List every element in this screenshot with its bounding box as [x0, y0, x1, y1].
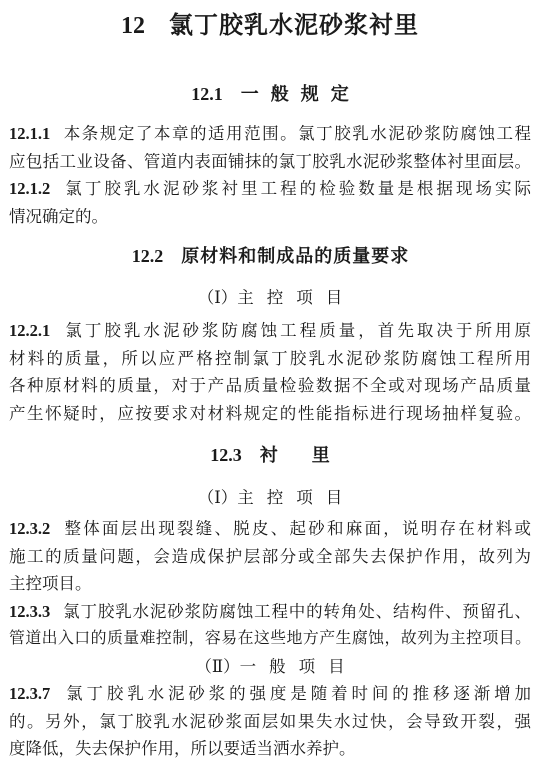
section-heading-12-1: 12.1一般规定 — [9, 82, 531, 106]
heading-number: 12.2 — [132, 246, 164, 266]
clause-line: 12.3.7氯丁胶乳水泥砂浆的强度是随着时间的推移逐渐增加 — [9, 680, 531, 708]
clause-line: 12.1.1本条规定了本章的适用范围。氯丁胶乳水泥砂浆防腐蚀工程 — [9, 120, 531, 148]
document-page: 12氯丁胶乳水泥砂浆衬里 12.1一般规定 12.1.1本条规定了本章的适用范围… — [0, 0, 540, 765]
heading-number: 12.1 — [191, 84, 223, 104]
section-heading-12-3: 12.3衬里 — [9, 443, 531, 467]
clause-line: 情况确定的。 — [9, 203, 531, 231]
clause-line: 产生怀疑时，应按要求对材料规定的性能指标进行现场抽样复验。 — [9, 400, 531, 428]
clause-text: 整体面层出现裂缝、脱皮、起砂和麻面，说明存在材料或 — [62, 519, 531, 538]
subheading-prefix: （Ⅱ） — [195, 657, 239, 676]
subheading-general-items: （Ⅱ）一般项目 — [9, 653, 531, 681]
clause-line: 管道出入口的质量难控制，容易在这些地方产生腐蚀，故列为主控项目。 — [9, 625, 531, 653]
clause-line: 各种原材料的质量，对于产品质量检验数据不全或对现场产品质量 — [9, 372, 531, 400]
section-heading-12-2: 12.2原材料和制成品的质量要求 — [9, 244, 531, 268]
clause-line: 度降低，失去保护作用，所以要适当洒水养护。 — [9, 735, 531, 763]
clause-line: 主控项目。 — [9, 570, 531, 598]
subheading-main-control-items-2: （Ⅰ）主控项目 — [9, 486, 531, 510]
clause-text: 氯丁胶乳水泥砂浆防腐蚀工程中的转角处、结构件、预留孔、 — [62, 602, 531, 621]
clause-number: 12.3.3 — [9, 602, 50, 621]
clause-12-3-7: 12.3.7氯丁胶乳水泥砂浆的强度是随着时间的推移逐渐增加 的。另外，氯丁胶乳水… — [9, 680, 531, 763]
clause-12-1-2: 12.1.2氯丁胶乳水泥砂浆衬里工程的检验数量是根据现场实际 情况确定的。 — [9, 175, 531, 230]
clause-12-3-2: 12.3.2整体面层出现裂缝、脱皮、起砂和麻面，说明存在材料或 施工的质量问题，… — [9, 515, 531, 598]
clause-number: 12.3.7 — [9, 684, 50, 703]
chapter-title-text: 氯丁胶乳水泥砂浆衬里 — [169, 13, 419, 39]
chapter-number: 12 — [121, 13, 145, 39]
heading-text: 衬里 — [260, 445, 364, 465]
clause-12-3-3: 12.3.3氯丁胶乳水泥砂浆防腐蚀工程中的转角处、结构件、预留孔、 管道出入口的… — [9, 598, 531, 653]
clause-text: 氯丁胶乳水泥砂浆的强度是随着时间的推移逐渐增加 — [62, 684, 531, 703]
clause-line: 12.3.2整体面层出现裂缝、脱皮、起砂和麻面，说明存在材料或 — [9, 515, 531, 543]
subheading-main-control-items-1: （Ⅰ）主控项目 — [9, 286, 531, 310]
clause-text: 氯丁胶乳水泥砂浆防腐蚀工程质量，首先取决于所用原 — [62, 321, 531, 340]
clause-line: 应包括工业设备、管道内表面铺抹的氯丁胶乳水泥砂浆整体衬里面层。 — [9, 148, 531, 176]
clause-line: 12.3.3氯丁胶乳水泥砂浆防腐蚀工程中的转角处、结构件、预留孔、 — [9, 598, 531, 626]
subheading-label: 主控项目 — [237, 488, 355, 507]
subheading-prefix: （Ⅰ） — [198, 488, 238, 507]
subheading-label: 一般项目 — [240, 657, 358, 676]
clause-line: 施工的质量问题，会造成保护层部分或全部失去保护作用，故列为 — [9, 543, 531, 571]
clause-text: 本条规定了本章的适用范围。氯丁胶乳水泥砂浆防腐蚀工程 — [62, 124, 531, 143]
chapter-title: 12氯丁胶乳水泥砂浆衬里 — [9, 0, 531, 43]
clause-number: 12.1.2 — [9, 179, 50, 198]
subheading-label: 主控项目 — [237, 288, 355, 307]
clause-12-2-1: 12.2.1氯丁胶乳水泥砂浆防腐蚀工程质量，首先取决于所用原 材料的质量，所以应… — [9, 317, 531, 427]
heading-text: 原材料和制成品的质量要求 — [181, 246, 409, 266]
clause-number: 12.3.2 — [9, 519, 50, 538]
clause-line: 12.2.1氯丁胶乳水泥砂浆防腐蚀工程质量，首先取决于所用原 — [9, 317, 531, 345]
clause-number: 12.2.1 — [9, 321, 50, 340]
clause-line: 材料的质量，所以应严格控制氯丁胶乳水泥砂浆防腐蚀工程所用 — [9, 345, 531, 373]
heading-text: 一般规定 — [241, 84, 361, 104]
clause-number: 12.1.1 — [9, 124, 50, 143]
clause-text: 氯丁胶乳水泥砂浆衬里工程的检验数量是根据现场实际 — [62, 179, 531, 198]
clause-line: 的。另外，氯丁胶乳水泥砂浆面层如果失水过快，会导致开裂，强 — [9, 708, 531, 736]
clause-line: 12.1.2氯丁胶乳水泥砂浆衬里工程的检验数量是根据现场实际 — [9, 175, 531, 203]
subheading-prefix: （Ⅰ） — [198, 288, 238, 307]
clause-12-1-1: 12.1.1本条规定了本章的适用范围。氯丁胶乳水泥砂浆防腐蚀工程 应包括工业设备… — [9, 120, 531, 175]
heading-number: 12.3 — [210, 445, 242, 465]
